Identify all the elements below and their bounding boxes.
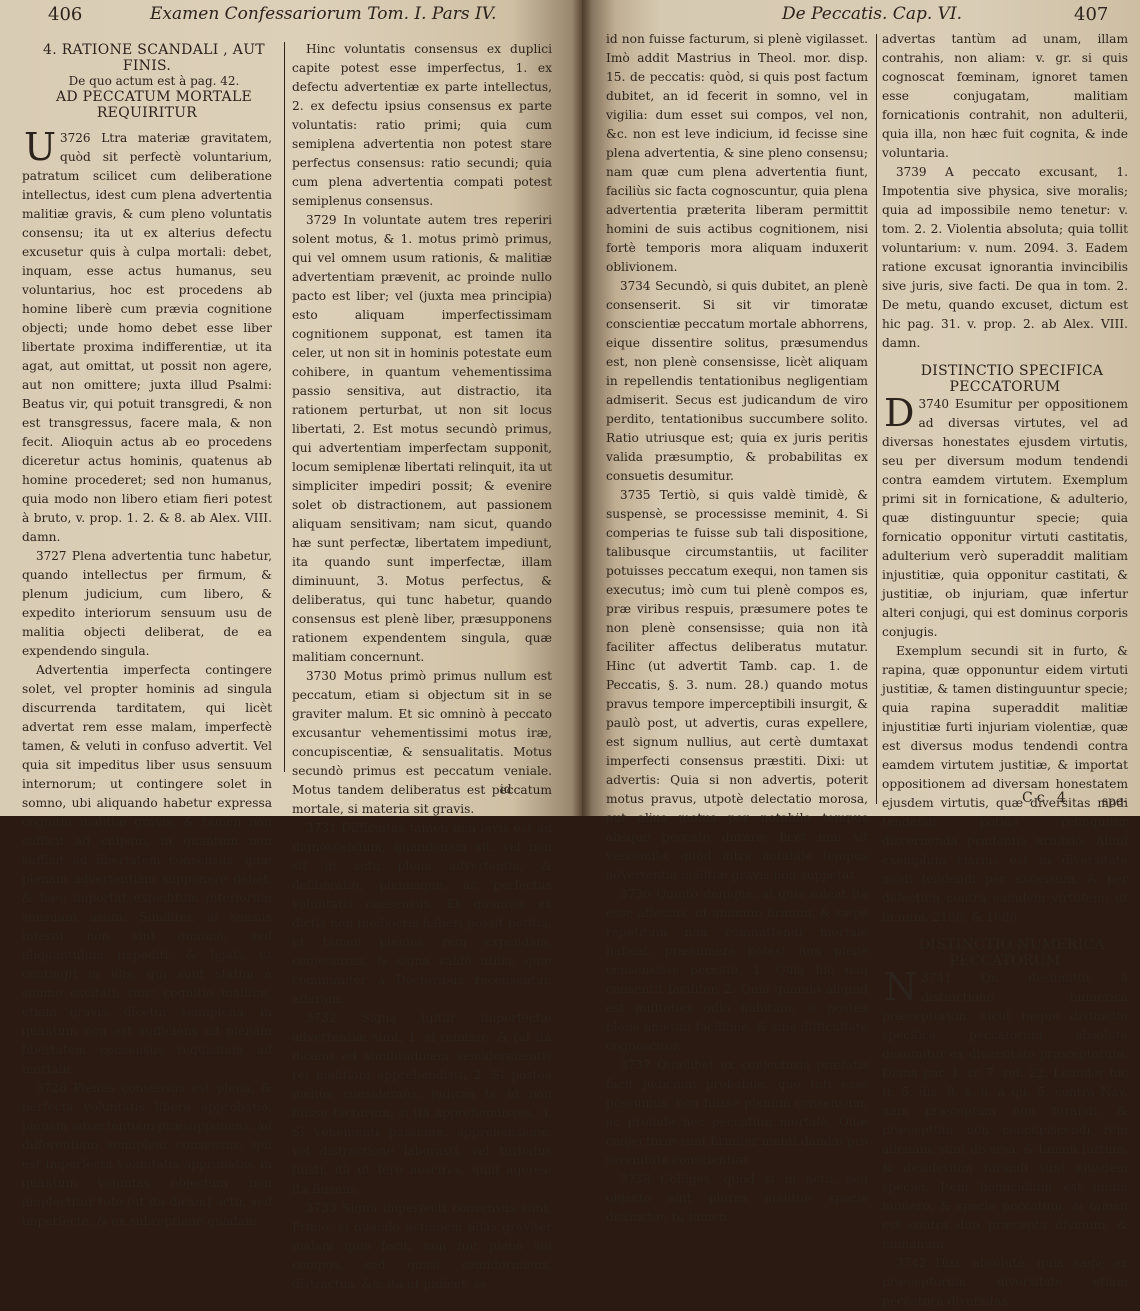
paragraph-number: 3729 <box>306 213 337 227</box>
right-column-1: id non fuisse facturum, si plenè vigilas… <box>606 30 868 816</box>
section-heading: AD PECCATUM MORTALE REQUIRITUR <box>22 89 272 121</box>
paragraph-text: Esumitur per oppositionem ad diversas vi… <box>882 397 1128 639</box>
page-number: 406 <box>48 4 82 25</box>
paragraph-number: 3727 <box>36 549 67 563</box>
paragraph-advertentia: Advertentia imperfecta contingere solet,… <box>22 661 272 816</box>
paragraph-continued: id non fuisse facturum, si plenè vigilas… <box>606 30 868 277</box>
paragraph-hinc: Hinc voluntatis consensus ex duplici cap… <box>292 40 552 211</box>
paragraph-text: Secundò, si quis dubitet, an plenè conse… <box>606 279 868 483</box>
paragraph-number: 3726 <box>60 131 91 145</box>
drop-cap: U <box>24 131 56 163</box>
catchword: spe- <box>1102 794 1127 808</box>
book-gutter <box>572 0 592 816</box>
paragraph-text: A peccato excusant, 1. Impotentia sive p… <box>882 165 1128 350</box>
paragraph-number: 3739 <box>896 165 927 179</box>
section-heading: DISTINCTIO SPECIFICA PECCATORUM <box>882 363 1128 395</box>
right-page: De Peccatis. Cap. VI. 407 id non fuisse … <box>582 0 1140 816</box>
paragraph-3740: 3740 D Esumitur per oppositionem ad dive… <box>882 395 1128 642</box>
signature-mark: Cc 4 <box>1022 790 1070 806</box>
left-column-2: Hinc voluntatis consensus ex duplici cap… <box>292 40 552 816</box>
paragraph-3730: 3730 Motus primò primus nullum est pecca… <box>292 667 552 816</box>
left-column-1: 4. RATIONE SCANDALI , AUT FINIS. De quo … <box>22 42 272 816</box>
paragraph-number: 3730 <box>306 669 337 683</box>
paragraph-continued: advertas tantùm ad unam, illam contrahis… <box>882 30 1128 163</box>
paragraph-number: 3735 <box>620 488 651 502</box>
column-rule <box>284 42 285 772</box>
page-number: 407 <box>1074 4 1108 25</box>
paragraph-3739: 3739 A peccato excusant, 1. Impotentia s… <box>882 163 1128 353</box>
paragraph-3734: 3734 Secundò, si quis dubitet, an plenè … <box>606 277 868 486</box>
section-heading: 4. RATIONE SCANDALI , AUT FINIS. <box>22 42 272 74</box>
paragraph-3735: 3735 Tertiò, si quis valdè timidè, & sus… <box>606 486 868 816</box>
right-column-2: advertas tantùm ad unam, illam contrahis… <box>882 30 1128 816</box>
paragraph-3727: 3727 Plena advertentia tunc habetur, qua… <box>22 547 272 661</box>
drop-cap: D <box>884 397 914 429</box>
running-head: De Peccatis. Cap. VI. <box>782 4 962 24</box>
paragraph-3729: 3729 In voluntate autem tres reperiri so… <box>292 211 552 667</box>
paragraph-text: Motus primò primus nullum est peccatum, … <box>292 669 552 816</box>
paragraph-text: Ltra materiæ gravitatem, quòd sit perfec… <box>22 131 272 544</box>
book-spread: 406 Examen Confessariorum Tom. I. Pars I… <box>0 0 1140 816</box>
paragraph-3726: 3726 U Ltra materiæ gravitatem, quòd sit… <box>22 129 272 547</box>
left-page: 406 Examen Confessariorum Tom. I. Pars I… <box>0 0 582 816</box>
section-subheading: De quo actum est à pag. 42. <box>22 74 272 89</box>
catchword: id <box>500 782 512 796</box>
paragraph-number: 3740 <box>918 397 949 411</box>
paragraph-number: 3734 <box>620 279 651 293</box>
paragraph-text: Tertiò, si quis valdè timidè, & suspensè… <box>606 488 868 816</box>
paragraph-text: In voluntate autem tres reperiri solent … <box>292 213 552 664</box>
paragraph-text: Plena advertentia tunc habetur, quando i… <box>22 549 272 658</box>
running-head: Examen Confessariorum Tom. I. Pars IV. <box>150 4 496 24</box>
paragraph-exemplum: Exemplum secundi sit in furto, & rapina,… <box>882 642 1128 816</box>
column-rule <box>876 34 877 804</box>
